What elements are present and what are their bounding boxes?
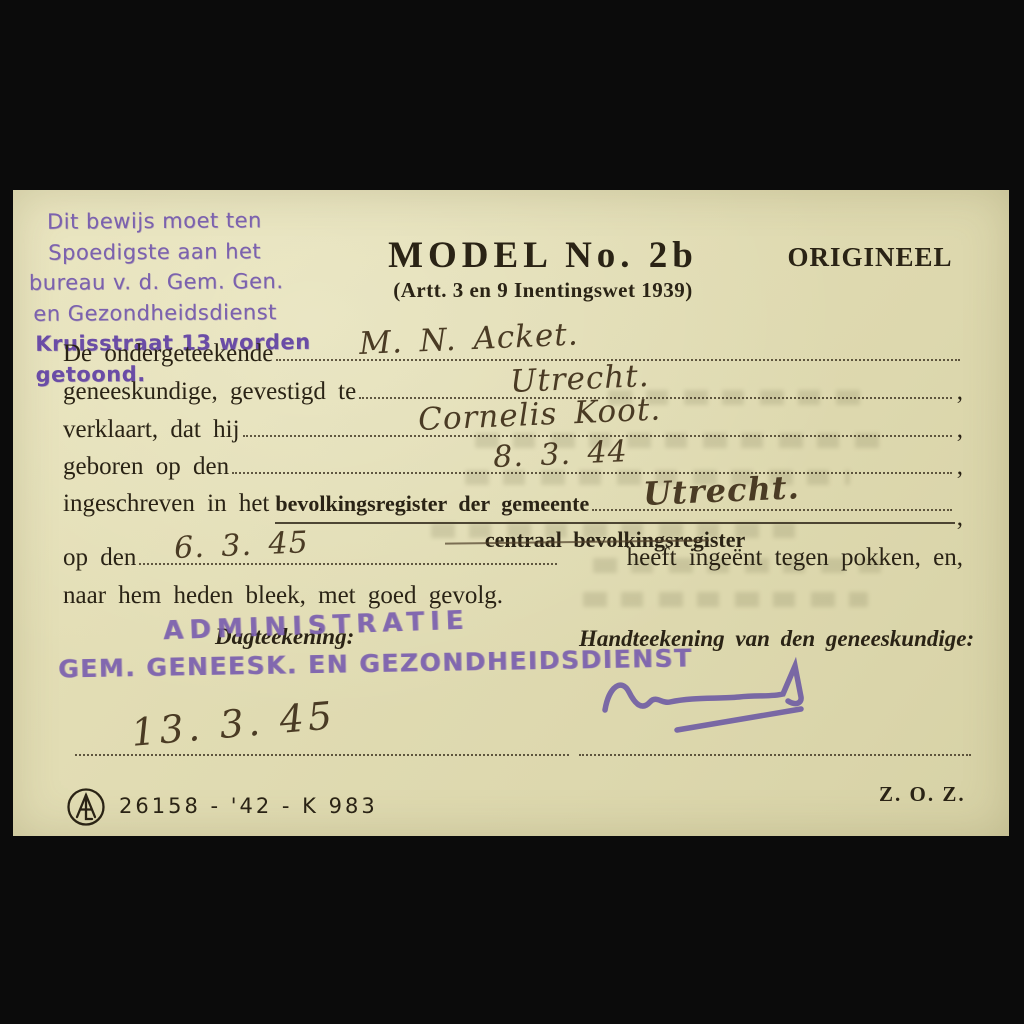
form-row-vaccinated-on: op den 6. 3. 45 heeft ingeënt tegen pokk…: [63, 544, 963, 572]
certificate-card: Dit bewijs moet ten Spoedigste aan het b…: [13, 190, 1009, 836]
trailing-comma: ,: [957, 504, 963, 532]
dotted-line: [75, 754, 569, 756]
handwritten-birthdate: 8. 3. 44: [493, 434, 629, 475]
form-label-established-at: geneeskundige, gevestigd te: [63, 378, 356, 406]
register-option-municipal: bevolkingsregister der gemeente Utrecht.: [275, 491, 954, 524]
notice-stamp-line: en Gezondheidsdienst: [29, 297, 281, 329]
handwritten-vaccination-date: 6. 3. 45: [174, 525, 310, 566]
handwritten-issue-date: 13. 3. 45: [129, 693, 337, 755]
dotted-line: [579, 754, 971, 756]
origineel-label: ORIGINEEL: [773, 242, 967, 273]
form-label-declares: verklaart, dat hij: [63, 416, 240, 444]
dotted-line: 6. 3. 45: [139, 563, 557, 565]
signature-label: Handteekening van den geneeskundige:: [579, 626, 974, 652]
notice-stamp-line: Spoedigste aan het: [29, 236, 281, 268]
notice-stamp-line: bureau v. d. Gem. Gen.: [29, 266, 281, 298]
trailing-comma: ,: [957, 416, 963, 444]
notice-stamp-line: Dit bewijs moet ten: [28, 205, 280, 237]
handwritten-municipality: Utrecht.: [643, 468, 801, 513]
printer-logo-icon: [65, 786, 107, 828]
form-label-on-the: op den: [63, 544, 136, 572]
form-title: MODEL No. 2b: [331, 234, 755, 277]
form-label-undersigned: De ondergeteekende: [63, 340, 273, 368]
form-row-good-result: naar hem heden bleek, met goed gevolg.: [63, 582, 963, 610]
trailing-comma: ,: [957, 378, 963, 406]
form-row-born-on: geboren op den 8. 3. 44 ,: [63, 453, 963, 481]
dotted-line: Utrecht.: [592, 509, 952, 511]
form-label-registered: ingeschreven in het: [63, 490, 269, 518]
form-label-born-on: geboren op den: [63, 453, 229, 481]
form-text-vaccinated: heeft ingeënt tegen pokken, en,: [627, 544, 963, 572]
register-option-top-label: bevolkingsregister der gemeente: [275, 491, 589, 517]
signature-scribble: [589, 656, 849, 746]
administration-stamp-line1: ADMINISTRATIE: [163, 606, 470, 647]
handwritten-doctor-name: M. N. Acket.: [359, 316, 580, 362]
zoz-label: Z. O. Z.: [879, 782, 966, 807]
trailing-comma: ,: [957, 453, 963, 481]
document-header: MODEL No. 2b (Artt. 3 en 9 Inentingswet …: [331, 234, 755, 303]
printer-code: 26158 - '42 - K 983: [119, 794, 378, 818]
form-subtitle: (Artt. 3 en 9 Inentingswet 1939): [331, 278, 755, 303]
dotted-line: 8. 3. 44: [232, 472, 952, 474]
scan-background: { "document": { "stamp_notice": { "lines…: [0, 0, 1024, 1024]
